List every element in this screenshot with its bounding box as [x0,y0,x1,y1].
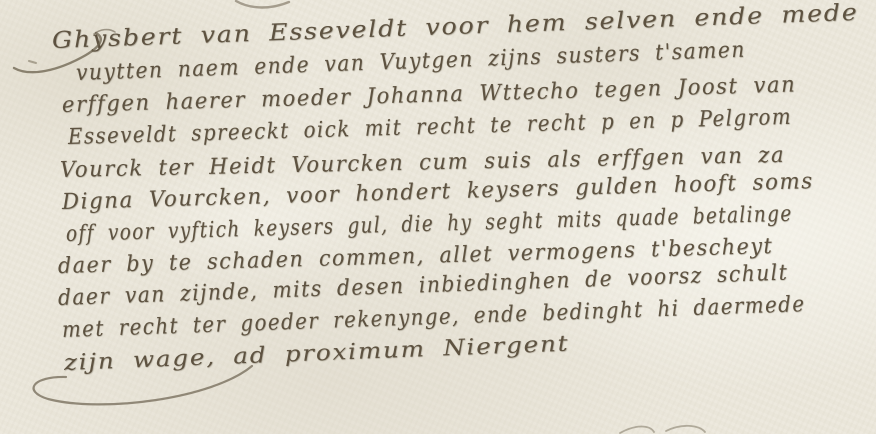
top-edge-ink-fragment [236,1,289,8]
bottom-edge-ink-fragment [620,427,654,434]
manuscript-page: Ghysbert van Esseveldt voor hem selven e… [0,0,876,434]
bottom-edge-ink-fragment [666,426,705,432]
margin-mark [29,61,36,63]
